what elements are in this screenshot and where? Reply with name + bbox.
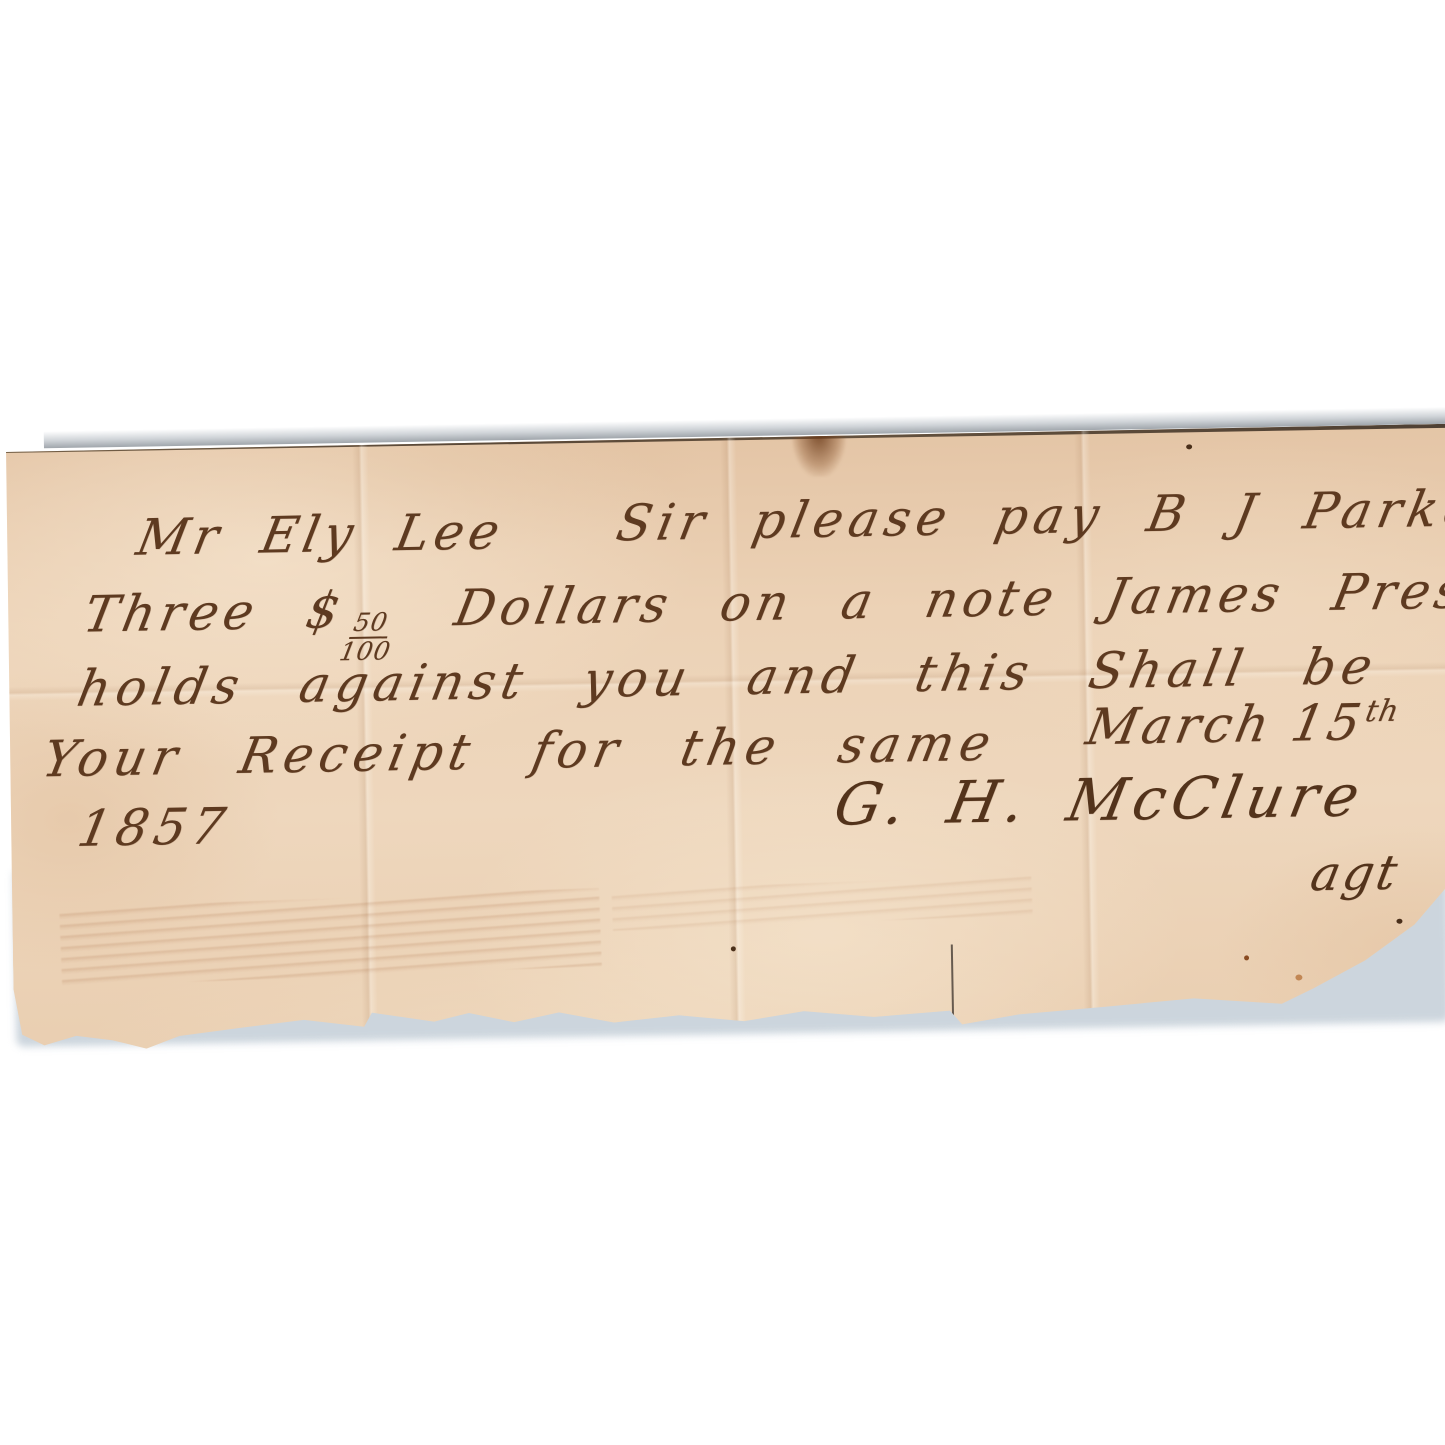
- fraction-numerator: 50: [349, 609, 393, 639]
- rust-speck: [1295, 974, 1302, 980]
- ink-speck: [1396, 919, 1402, 924]
- amount-rest: Dollars on a note James Presley: [450, 560, 1445, 637]
- smudge-streaks: [59, 888, 602, 987]
- receipt-year: 1857: [73, 797, 236, 858]
- dollar-symbol: $: [302, 581, 350, 640]
- receipt-request-line: Sir please pay B J Parker: [612, 479, 1445, 553]
- smudge-streaks-faint: [611, 875, 1032, 931]
- date-main: March 15: [1082, 693, 1370, 756]
- date-ordinal-suffix: th: [1362, 694, 1402, 730]
- signature-role: agt: [1306, 845, 1405, 903]
- receipt-paper: Mr Ely Lee Sir please pay B J Parker Thr…: [4, 424, 1445, 1089]
- rust-speck: [1244, 955, 1249, 960]
- receipt-date: March 15th: [1082, 693, 1403, 757]
- signature: G. H. McClure: [829, 761, 1371, 838]
- ink-speck: [1186, 444, 1192, 449]
- amount-words: Three: [79, 582, 264, 643]
- scanned-receipt-image: Mr Ely Lee Sir please pay B J Parker Thr…: [0, 0, 1445, 1445]
- receipt-addressee: Mr Ely Lee: [132, 502, 509, 567]
- ink-speck: [731, 946, 736, 951]
- stain-top-edge: [792, 432, 847, 477]
- paper-sheet-wrapper: Mr Ely Lee Sir please pay B J Parker Thr…: [4, 424, 1445, 1089]
- fold-mark-line: [951, 945, 954, 1019]
